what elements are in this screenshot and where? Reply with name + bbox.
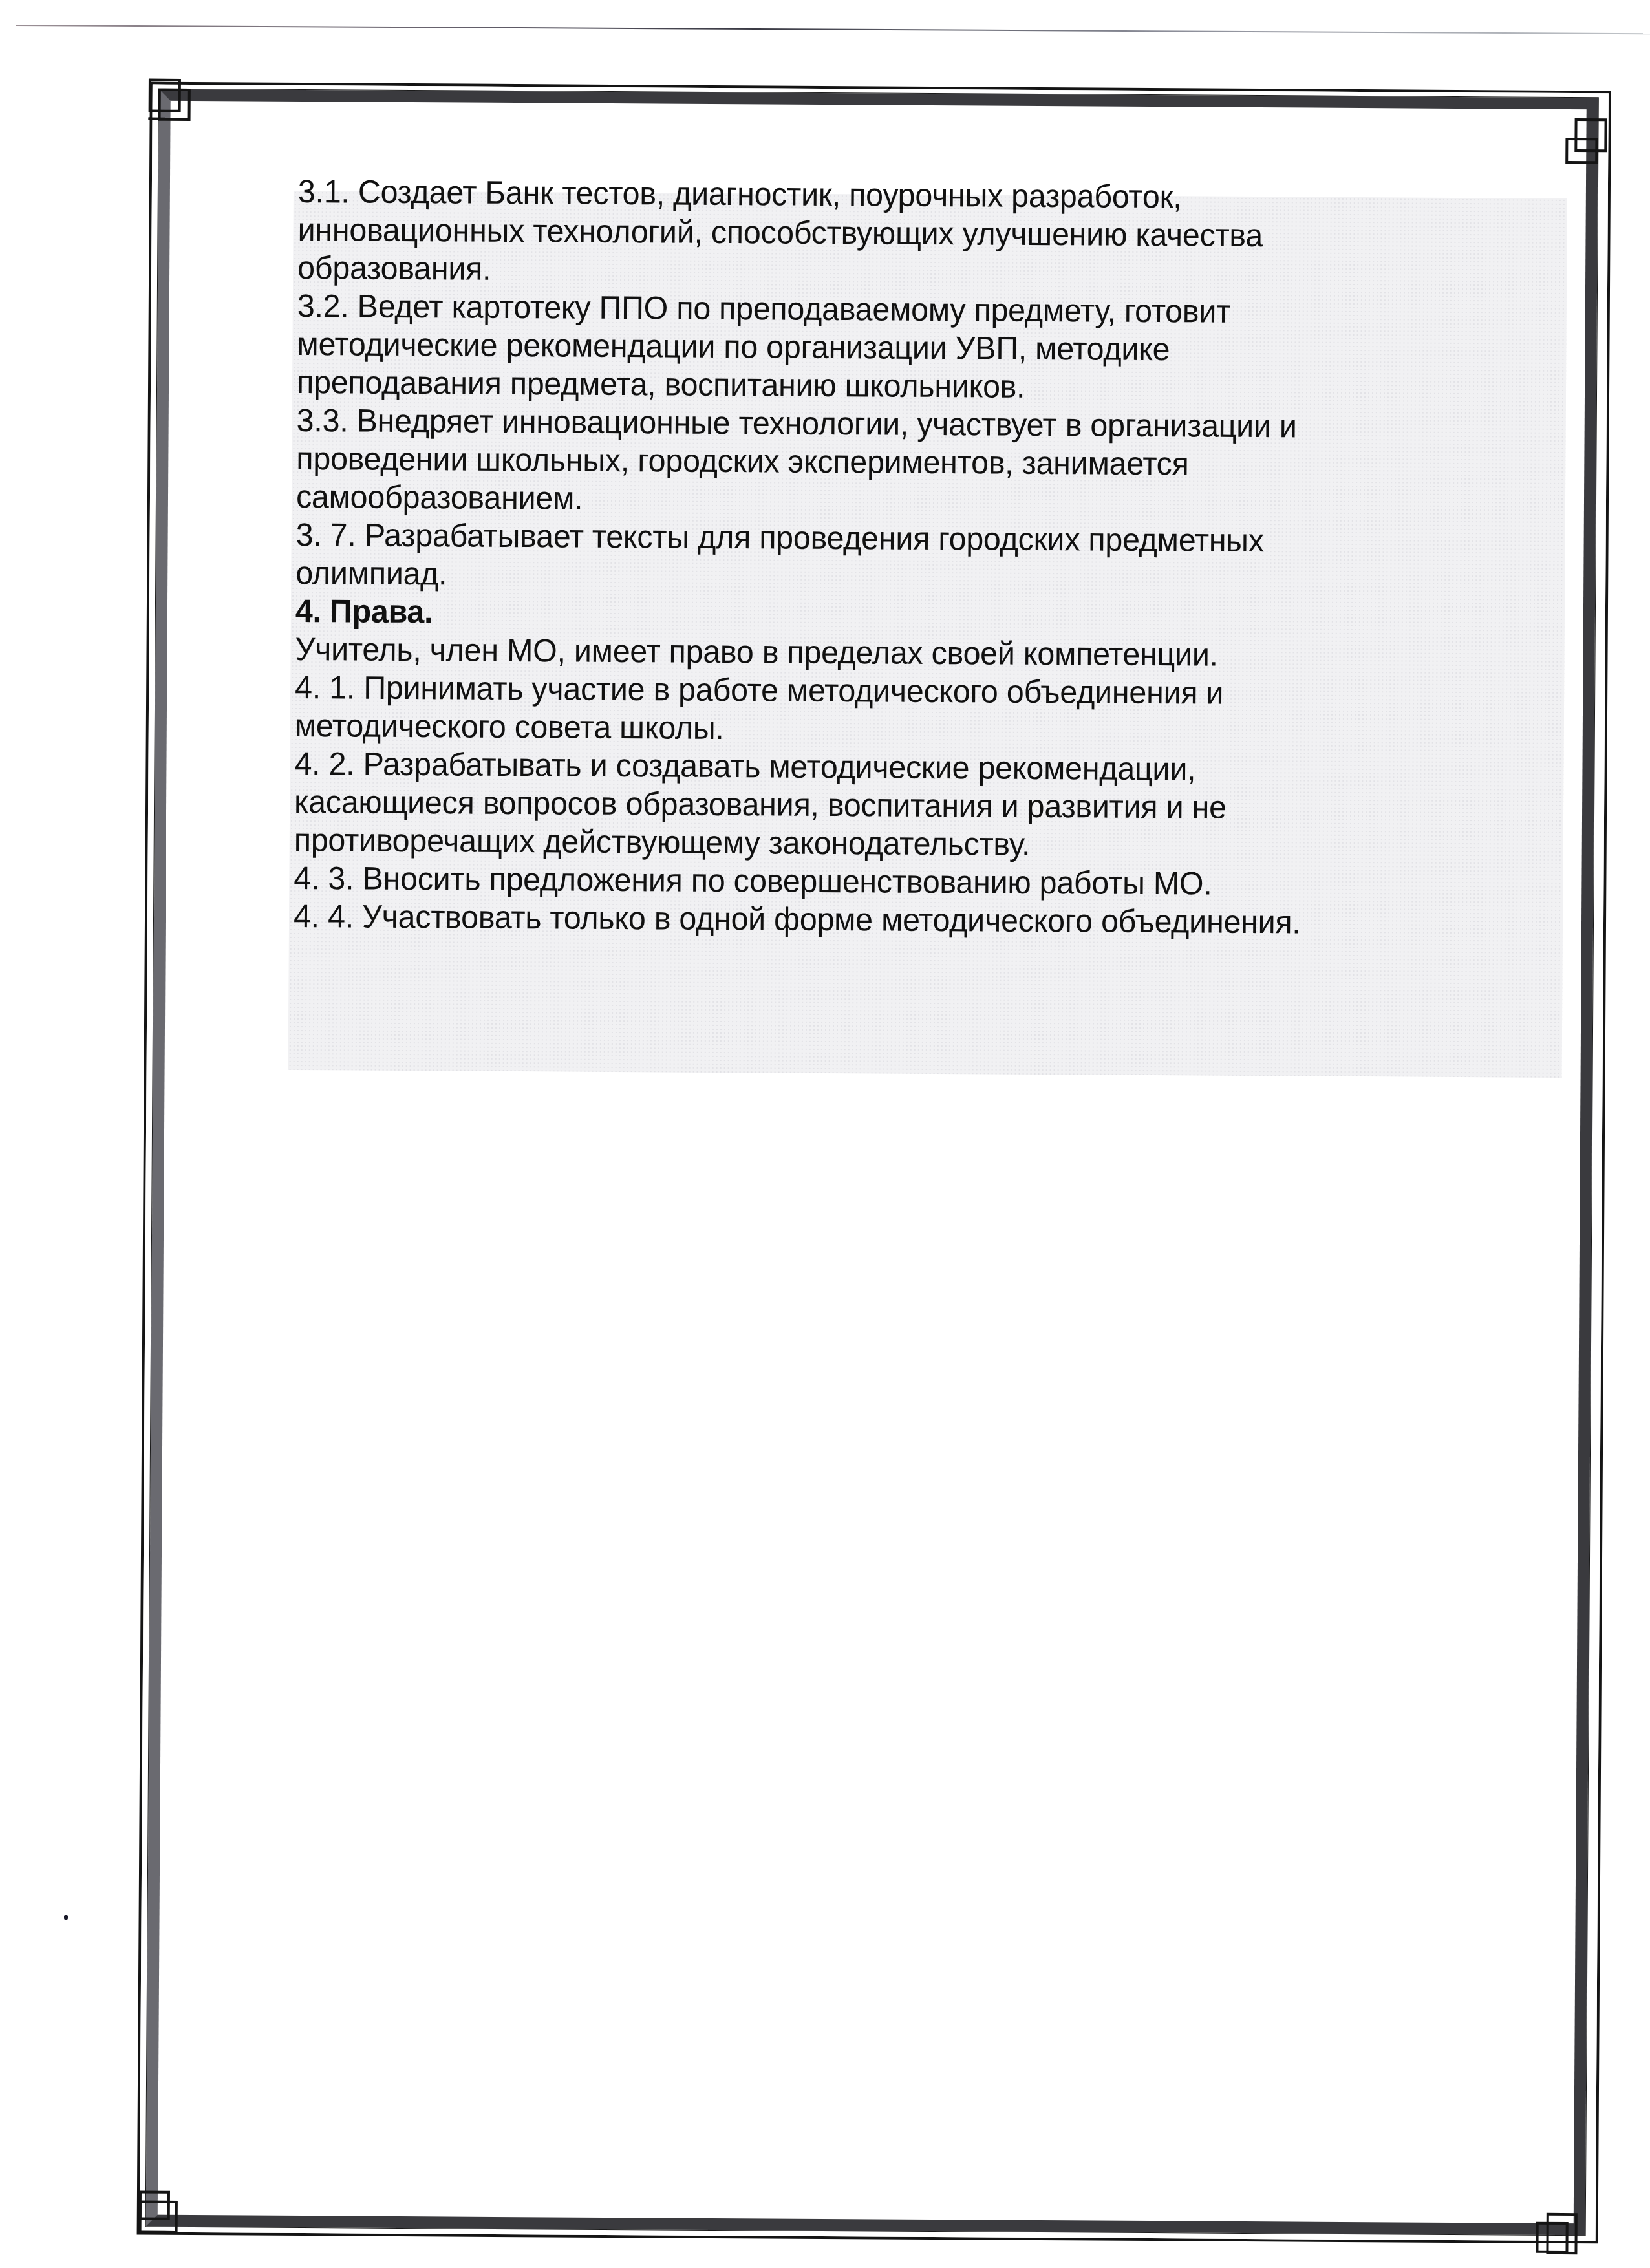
corner-ornament-top-left: [149, 79, 187, 118]
document-page: 3.1. Создает Банк тестов, диагностик, по…: [0, 0, 1650, 2268]
corner-ornament-top-right: [1574, 118, 1613, 157]
corner-ornament-bottom-right: [1536, 2222, 1574, 2261]
item-4-4-line-1: 4. 4. Участвовать только в одной форме м…: [294, 897, 1536, 943]
document-body: 3.1. Создает Банк тестов, диагностик, по…: [294, 173, 1578, 943]
corner-ornament-bottom-left: [126, 2190, 165, 2229]
